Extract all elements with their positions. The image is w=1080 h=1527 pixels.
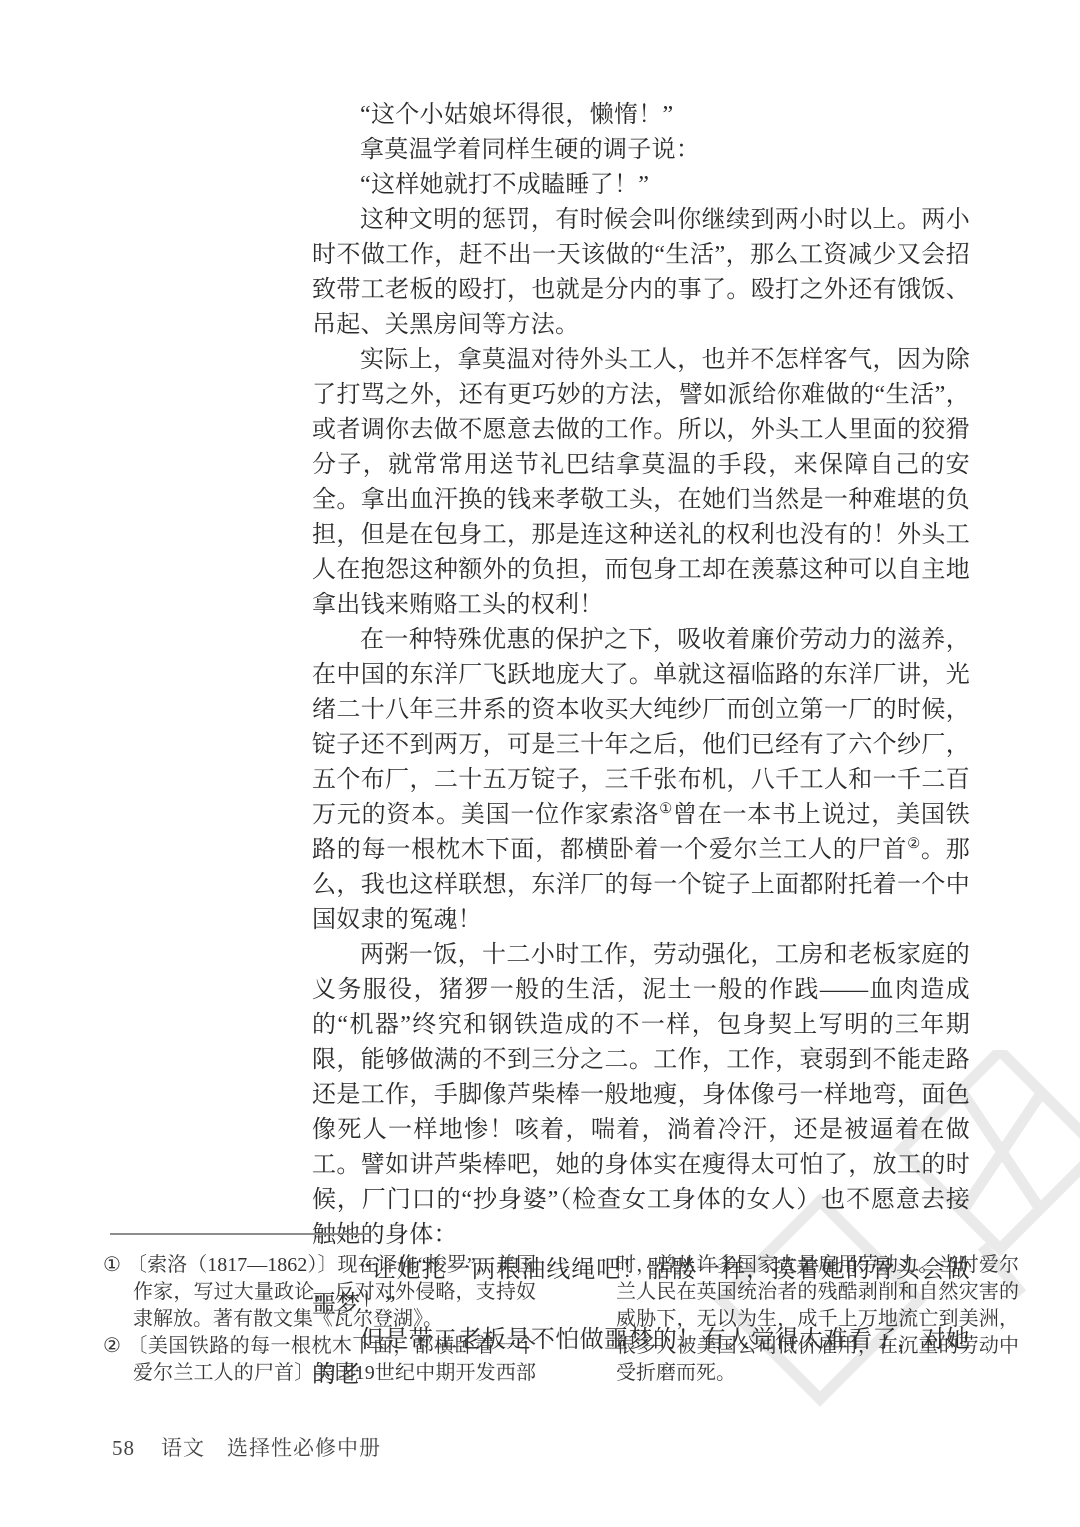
body-text: “这个小姑娘坏得很，懒惰！” 拿莫温学着同样生硬的调子说： “这样她就打不成瞌睡…: [312, 98, 970, 1393]
footer-subject: 语文: [161, 1436, 205, 1460]
paragraph: 在一种特殊优惠的保护之下，吸收着廉价劳动力的滋养，在中国的东洋厂飞跃地庞大了。单…: [312, 623, 970, 938]
footnote-divider: [110, 1233, 370, 1235]
paragraph: 两粥一饭，十二小时工作，劳动强化，工房和老板家庭的义务服役，猪猡一般的生活，泥土…: [312, 938, 970, 1253]
page-number: 58: [112, 1436, 135, 1460]
paragraph: 实际上，拿莫温对待外头工人，也并不怎样客气，因为除了打骂之外，还有更巧妙的方法，…: [312, 343, 970, 623]
paragraph: 拿莫温学着同样生硬的调子说：: [312, 133, 970, 168]
footnote-2-marker: ②: [103, 1335, 121, 1357]
textbook-page: { "content": { "paragraphs": [ "“这个小姑娘坏得…: [0, 0, 1080, 1527]
paragraph-dialogue: “这个小姑娘坏得很，懒惰！”: [312, 98, 970, 133]
page-footer: 58语文选择性必修中册: [112, 1432, 381, 1462]
footnote-1-marker: ①: [103, 1254, 121, 1276]
footnote-1-text: 〔索洛（1817—1862）〕现在译作“梭罗”，美国作家，写过大量政论，反对对外…: [127, 1254, 536, 1330]
footnotes-section: ①〔索洛（1817—1862）〕现在译作“梭罗”，美国作家，写过大量政论，反对对…: [103, 1252, 1019, 1394]
footer-volume: 选择性必修中册: [227, 1436, 381, 1460]
paragraph-dialogue: “这样她就打不成瞌睡了！”: [312, 168, 970, 203]
footnote-1: ①〔索洛（1817—1862）〕现在译作“梭罗”，美国作家，写过大量政论，反对对…: [103, 1252, 536, 1333]
paragraph: 这种文明的惩罚，有时候会叫你继续到两小时以上。两小时不做工作，赶不出一天该做的“…: [312, 203, 970, 343]
